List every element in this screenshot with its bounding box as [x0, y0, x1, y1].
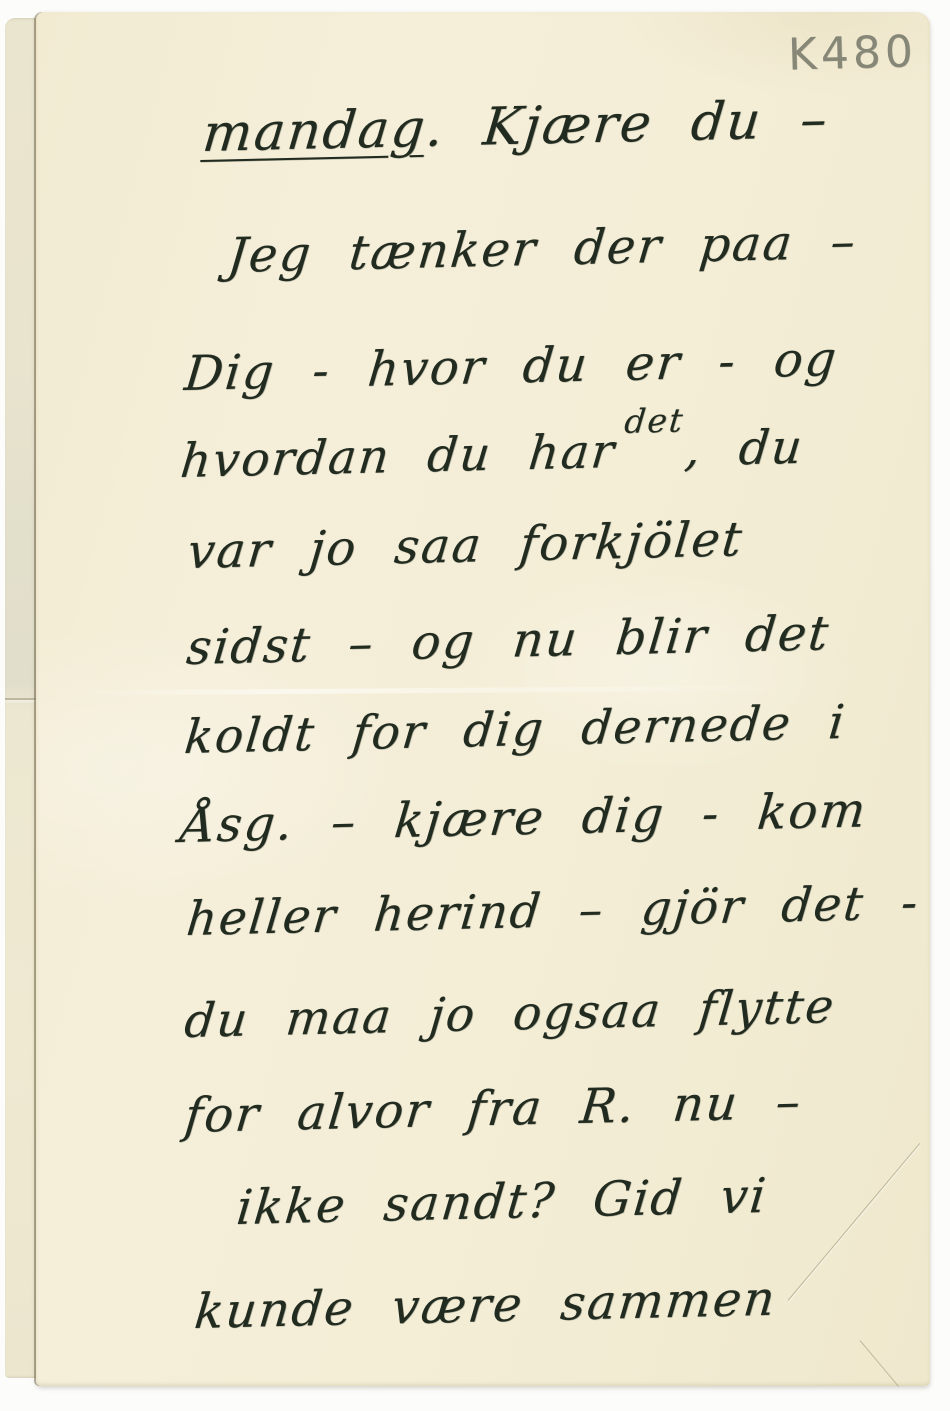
line-text: var jo saa forkjölet	[185, 511, 746, 580]
line-text: koldt for dig dernede i	[182, 695, 849, 765]
fold-crease	[5, 698, 38, 700]
letter-line: sidst – og nu blir det	[184, 605, 833, 676]
letter-line: Åsg. – kjære dig - kom	[178, 782, 870, 854]
line-text: heller herind – gjör det -	[184, 875, 922, 947]
letter-line: koldt for dig dernede i	[182, 695, 849, 765]
letter-scan: K480 mandag. Kjære du –Jeg tænker der pa…	[0, 0, 950, 1411]
letter-line: du maa jo ogsaa flytte	[182, 979, 838, 1049]
line-text: Åsg. – kjære dig - kom	[178, 782, 870, 854]
line-text: ikke sandt? Gid vi	[234, 1168, 770, 1236]
inserted-word: det	[623, 400, 687, 440]
line-text: , du	[683, 420, 807, 478]
line-text: Dig - hvor du er - og	[182, 331, 840, 402]
line-text: hvordan du har	[178, 424, 618, 489]
letter-line: heller herind – gjör det -	[184, 875, 922, 947]
letter-body: mandag. Kjære du –Jeg tænker der paa –Di…	[36, 12, 930, 1386]
line-text: Jeg tænker der paa –	[225, 214, 860, 284]
letter-line: kunde være sammen	[192, 1271, 779, 1340]
letter-line: for alvor fra R. nu –	[182, 1074, 805, 1144]
letter-line: mandag. Kjære du –	[200, 90, 832, 164]
line-text: kunde være sammen	[192, 1271, 779, 1340]
line-text: for alvor fra R. nu –	[182, 1074, 805, 1144]
line-text: . Kjære du –	[423, 90, 831, 159]
folded-sheet-edge	[5, 18, 38, 1378]
letter-line: ikke sandt? Gid vi	[234, 1168, 770, 1236]
line-text: sidst – og nu blir det	[184, 605, 833, 676]
letter-page: K480 mandag. Kjære du –Jeg tænker der pa…	[36, 12, 930, 1386]
letter-line: Jeg tænker der paa –	[225, 214, 860, 284]
line-text: mandag	[200, 99, 429, 164]
letter-line: hvordan du hardet, du	[178, 420, 806, 489]
line-text: du maa jo ogsaa flytte	[182, 979, 838, 1049]
letter-line: var jo saa forkjölet	[185, 511, 746, 580]
letter-line: Dig - hvor du er - og	[182, 331, 840, 402]
